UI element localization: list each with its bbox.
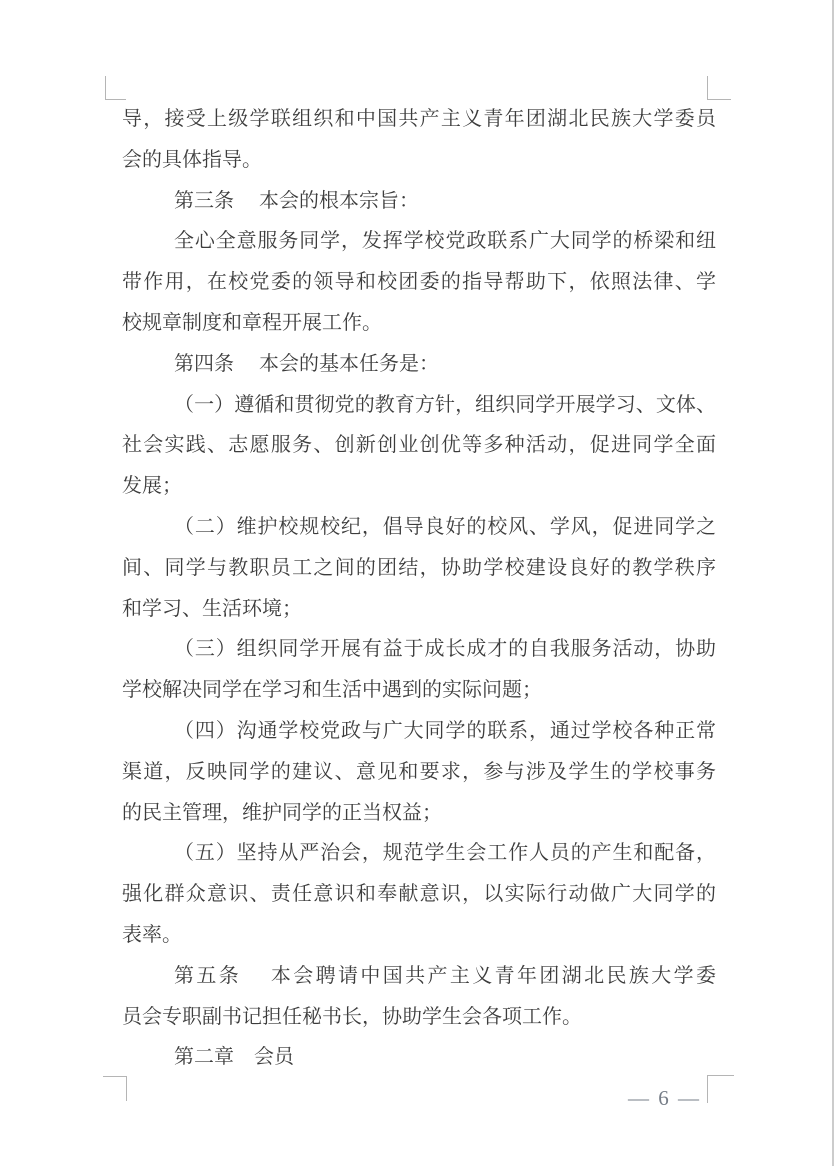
text-line: 社会实践、志愿服务、创新创业创优等多种活动，促进同学全面 [122, 425, 716, 466]
text-line: 间、同学与教职员工之间的团结，协助学校建设良好的教学秩序 [122, 548, 716, 589]
text-line: （四）沟通学校党政与广大同学的联系，通过学校各种正常 [122, 711, 716, 752]
text-line: 表率。 [122, 915, 716, 956]
text-line: 校规章制度和章程开展工作。 [122, 303, 716, 344]
text-line: 员会专职副书记担任秘书长，协助学生会各项工作。 [122, 997, 716, 1038]
text-line: 的民主管理，维护同学的正当权益； [122, 793, 716, 834]
document-page: 导，接受上级学联组织和中国共产主义青年团湖北民族大学委员会的具体指导。第三条 本… [0, 0, 835, 1166]
page-edge-line [832, 0, 834, 1166]
text-line: （三）组织同学开展有益于成长成才的自我服务活动，协助 [122, 629, 716, 670]
text-boundary-mark-top-left [105, 76, 126, 100]
text-line: 带作用，在校党委的领导和校团委的指导帮助下，依照法律、学 [122, 262, 716, 303]
text-line: 强化群众意识、责任意识和奉献意识，以实际行动做广大同学的 [122, 874, 716, 915]
text-line: 全心全意服务同学，发挥学校党政联系广大同学的桥梁和纽 [122, 221, 716, 262]
text-line: 第三条 本会的根本宗旨： [122, 181, 716, 222]
text-boundary-mark-bottom-left [103, 1076, 127, 1101]
text-line: （一）遵循和贯彻党的教育方针，组织同学开展学习、文体、 [122, 385, 716, 426]
text-line: 会的具体指导。 [122, 140, 716, 181]
text-boundary-mark-bottom-right [707, 1075, 734, 1103]
text-line: （二）维护校规校纪，倡导良好的校风、学风，促进同学之 [122, 507, 716, 548]
text-lines: 导，接受上级学联组织和中国共产主义青年团湖北民族大学委员会的具体指导。第三条 本… [122, 99, 716, 1078]
text-line: 渠道，反映同学的建议、意见和要求，参与涉及学生的学校事务 [122, 752, 716, 793]
text-line: 导，接受上级学联组织和中国共产主义青年团湖北民族大学委员 [122, 99, 716, 140]
text-line: 发展； [122, 466, 716, 507]
text-boundary-mark-top-right [707, 76, 731, 100]
text-line: 第五条 本会聘请中国共产主义青年团湖北民族大学委 [122, 956, 716, 997]
text-line: 学校解决同学在学习和生活中遇到的实际问题； [122, 670, 716, 711]
text-line: （五）坚持从严治会，规范学生会工作人员的产生和配备， [122, 833, 716, 874]
text-line: 和学习、生活环境； [122, 589, 716, 630]
text-line: 第四条 本会的基本任务是： [122, 344, 716, 385]
text-line: 第二章 会员 [122, 1037, 716, 1078]
page-number: — 6 — [628, 1086, 701, 1111]
